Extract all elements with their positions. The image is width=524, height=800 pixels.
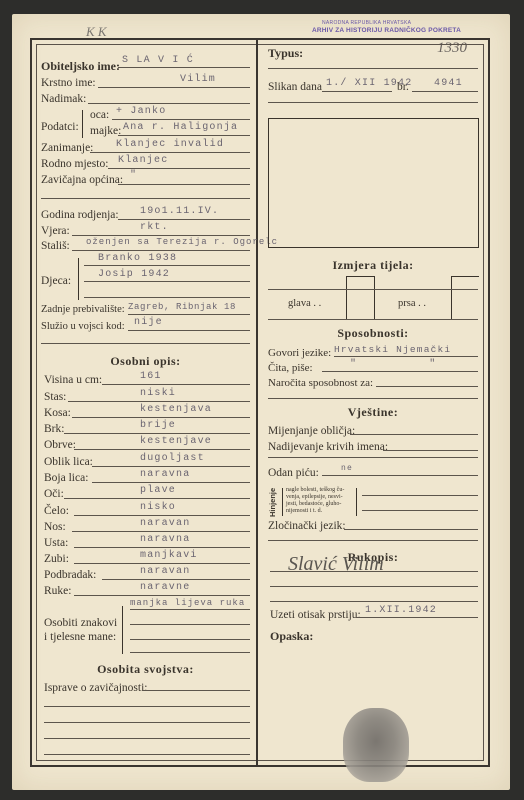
photo-box bbox=[268, 118, 479, 248]
disguise-label: Mijenjanje obličja: bbox=[268, 425, 355, 437]
marital-status-label: Stališ: bbox=[41, 240, 70, 252]
father-value: + Janko bbox=[116, 106, 166, 117]
nose-label: Nos: bbox=[44, 521, 66, 533]
mother-label: majke: bbox=[90, 125, 121, 137]
eyes-label: Oči: bbox=[44, 488, 64, 500]
head-label: glava . . bbox=[288, 298, 321, 309]
special-ability-label: Naročita sposobnost za: bbox=[268, 377, 373, 389]
moustache-label: Brk: bbox=[44, 423, 64, 435]
forehead-label: Čelo: bbox=[44, 505, 69, 517]
complexion-label: Boja lica: bbox=[44, 472, 88, 484]
eyebrows-label: Obrve: bbox=[44, 439, 76, 451]
religion-label: Vjera: bbox=[41, 225, 70, 237]
hair-label: Kosa: bbox=[44, 407, 71, 419]
child-1: Branko 1938 bbox=[98, 253, 177, 264]
mouth-label: Usta: bbox=[44, 537, 68, 549]
build-value: niski bbox=[140, 388, 176, 399]
feigning-label-box: Hinjenje bbox=[268, 487, 278, 517]
photographed-label: Slikan dana bbox=[268, 81, 322, 93]
languages-label: Govori jezike: bbox=[268, 347, 331, 359]
fingerprints-date: 1.XII.1942 bbox=[365, 605, 437, 616]
birthdate-label: Godina rodjenja: bbox=[41, 209, 119, 221]
hair-value: kestenjava bbox=[140, 404, 212, 415]
face-shape-label: Oblik lica: bbox=[44, 456, 93, 468]
languages-value: Hrvatski Njemački bbox=[334, 344, 451, 355]
fingerprints-label: Uzeti otisak prstiju: bbox=[270, 609, 361, 621]
abilities-heading: Sposobnosti: bbox=[268, 326, 478, 341]
archive-stamp-line1: NARODNA REPUBLIKA HRVATSKA bbox=[322, 20, 411, 26]
special-properties-heading: Osobita svojstva: bbox=[41, 662, 250, 677]
chin-value: naravan bbox=[140, 566, 190, 577]
given-name-value: Vilim bbox=[180, 74, 216, 85]
surname-label: Obiteljsko ime: bbox=[41, 59, 120, 74]
birthplace-value: Klanjec bbox=[118, 155, 168, 166]
military-label: Služio u vojsci kod: bbox=[41, 321, 125, 332]
criminal-slang-label: Zločinački jezik: bbox=[268, 520, 346, 532]
face-shape-value: dugoljast bbox=[140, 453, 205, 464]
typus-label: Typus: bbox=[268, 46, 303, 61]
moustache-value: brije bbox=[140, 420, 176, 431]
archive-stamp-line2: ARHIV ZA HISTORIJU RADNIČKOG POKRETA bbox=[312, 27, 461, 34]
chest-measure-box bbox=[451, 276, 479, 320]
special-marks-value: manjka lijeva ruka bbox=[130, 598, 245, 608]
nose-value: naravan bbox=[140, 518, 190, 529]
hands-value: naravne bbox=[140, 582, 190, 593]
head-measure-box bbox=[346, 276, 375, 320]
birthplace-label: Rodno mjesto: bbox=[41, 158, 108, 170]
remark-label: Opaska: bbox=[270, 629, 313, 644]
special-marks-label-1: Osobiti znakovi bbox=[44, 617, 117, 629]
eyebrows-value: kestenjave bbox=[140, 436, 212, 447]
chin-label: Podbradak: bbox=[44, 569, 96, 581]
given-name-label: Krstno ime: bbox=[41, 77, 96, 89]
nickname-label: Nadimak: bbox=[41, 93, 86, 105]
drinking-value: ne bbox=[341, 464, 353, 473]
last-residence-value: Zagreb, Ribnjak 18 bbox=[128, 302, 236, 312]
build-label: Stas: bbox=[44, 391, 66, 403]
teeth-label: Zubi: bbox=[44, 553, 69, 565]
mother-value: Ana r. Haligonja bbox=[123, 122, 238, 133]
special-marks-label-2: i tjelesne mane: bbox=[44, 631, 116, 643]
feigning-label: Hinjenje bbox=[268, 488, 277, 517]
last-residence-label: Zadnje prebivalište: bbox=[41, 304, 125, 315]
child-2: Josip 1942 bbox=[98, 269, 170, 280]
height-value: 161 bbox=[140, 371, 162, 382]
occupation-label: Zanimanje: bbox=[41, 142, 93, 154]
chest-label: prsa . . bbox=[398, 298, 426, 309]
occupation-value: Klanjec invalid bbox=[116, 139, 224, 150]
fingerprint bbox=[343, 708, 409, 782]
municipality-label: Zavičajna općina: bbox=[41, 174, 123, 186]
personal-description-heading: Osobni opis: bbox=[41, 354, 250, 369]
marital-status-value: oženjen sa Terezija r. Ogorelc bbox=[86, 237, 278, 247]
column-divider bbox=[256, 40, 258, 765]
drinking-label: Odan piću: bbox=[268, 467, 319, 479]
military-value: nije bbox=[134, 317, 163, 328]
children-label: Djeca: bbox=[41, 275, 71, 287]
parents-label: Podatci: bbox=[41, 121, 79, 133]
body-measurements-heading: Izmjera tijela: bbox=[268, 258, 478, 273]
height-label: Visina u cm: bbox=[44, 374, 102, 386]
signature: Slavić Vilim bbox=[288, 553, 384, 576]
surname-value: S LA V I Ć bbox=[122, 55, 194, 66]
municipality-value: " bbox=[130, 170, 137, 181]
skills-heading: Vještine: bbox=[268, 405, 478, 420]
read-write-value: " " bbox=[350, 359, 436, 370]
eyes-value: plave bbox=[140, 485, 176, 496]
number-value: 4941 bbox=[434, 78, 463, 89]
mouth-value: naravna bbox=[140, 534, 190, 545]
father-label: oca: bbox=[90, 109, 109, 121]
forehead-value: nisko bbox=[140, 502, 176, 513]
teeth-value: manjkavi bbox=[140, 550, 198, 561]
feigning-description: nagle bolesti, teškog ču-venja, epilepsi… bbox=[286, 487, 354, 515]
birthdate-value: 19o1.11.IV. bbox=[140, 206, 219, 217]
number-label: br. bbox=[397, 81, 409, 93]
aliases-label: Nadijevanje krivih imena: bbox=[268, 441, 388, 453]
religion-value: rkt. bbox=[140, 222, 169, 233]
read-write-label: Čita, piše: bbox=[268, 362, 313, 374]
hands-label: Ruke: bbox=[44, 585, 71, 597]
domicile-documents-label: Isprave o zavičajnosti: bbox=[44, 682, 147, 694]
complexion-value: naravna bbox=[140, 469, 190, 480]
